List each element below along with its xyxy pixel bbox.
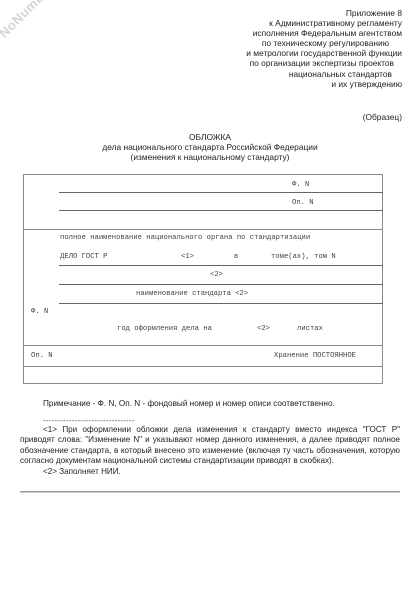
appendix-line: Приложение 8 — [142, 8, 402, 18]
cover-subtitle-2: (изменения к национальному стандарту) — [0, 152, 420, 162]
appendix-line: исполнения Федеральным агентством — [142, 28, 402, 38]
footnote-ref-1: <1> — [181, 253, 194, 261]
footnote-ref-2: <2> — [210, 271, 223, 279]
appendix-line: и их утверждению — [142, 79, 402, 89]
cover-heading: ОБЛОЖКА — [0, 132, 420, 142]
appendix-line: к Административному регламенту — [142, 18, 402, 28]
footnote-separator: -------------------------------- — [43, 416, 135, 425]
appendix-line: по техническому регулированию — [142, 38, 389, 48]
volume-label: томе(ах), том N — [271, 253, 336, 261]
sheets-label: листах — [297, 325, 323, 333]
case-line — [59, 265, 383, 266]
footnote-1: <1> При оформлении обложки дела изменени… — [20, 425, 400, 467]
year-label: год оформления дела на — [117, 325, 212, 333]
in-word: в — [234, 253, 238, 261]
fond-number-label: Ф. N — [292, 181, 309, 189]
case-gost-label: ДЕЛО ГОСТ Р — [60, 253, 107, 261]
fond-number-line — [59, 192, 383, 193]
opis-number-label-left: Оп. N — [31, 352, 53, 360]
sample-label: (Образец) — [363, 112, 402, 122]
footnote-ref-2-sheets: <2> — [257, 325, 270, 333]
footnote-2: <2> Заполняет НИИ. — [20, 467, 400, 477]
organ-name-caption: полное наименование национального органа… — [60, 234, 310, 242]
section-divider — [23, 229, 383, 230]
footnotes: <1> При оформлении обложки дела изменени… — [20, 425, 400, 477]
section-divider — [23, 366, 383, 367]
opis-number-label: Оп. N — [292, 199, 314, 207]
cover-subtitle: дела национального стандарта Российской … — [0, 142, 420, 152]
note-text: Примечание - Ф. N, Оп. N - фондовый номе… — [43, 399, 335, 408]
fond-number-label-left: Ф. N — [31, 308, 48, 316]
standard-name-line — [59, 303, 383, 304]
storage-label: Хранение ПОСТОЯННОЕ — [274, 352, 356, 360]
appendix-header: Приложение 8 к Административному регламе… — [142, 8, 402, 89]
section-divider — [23, 345, 383, 346]
standard-name-caption: наименование стандарта <2> — [136, 290, 248, 298]
opis-number-line — [59, 210, 383, 211]
bottom-divider — [20, 491, 400, 492]
ref2-line — [59, 284, 383, 285]
cover-title: ОБЛОЖКА дела национального стандарта Рос… — [0, 132, 420, 162]
appendix-line: и метрологии государственной функции — [142, 48, 402, 58]
appendix-line: по организации экспертизы проектов — [142, 58, 394, 68]
appendix-line: национальных стандартов — [142, 69, 392, 79]
watermark: NoNumber.ru — [0, 0, 69, 41]
